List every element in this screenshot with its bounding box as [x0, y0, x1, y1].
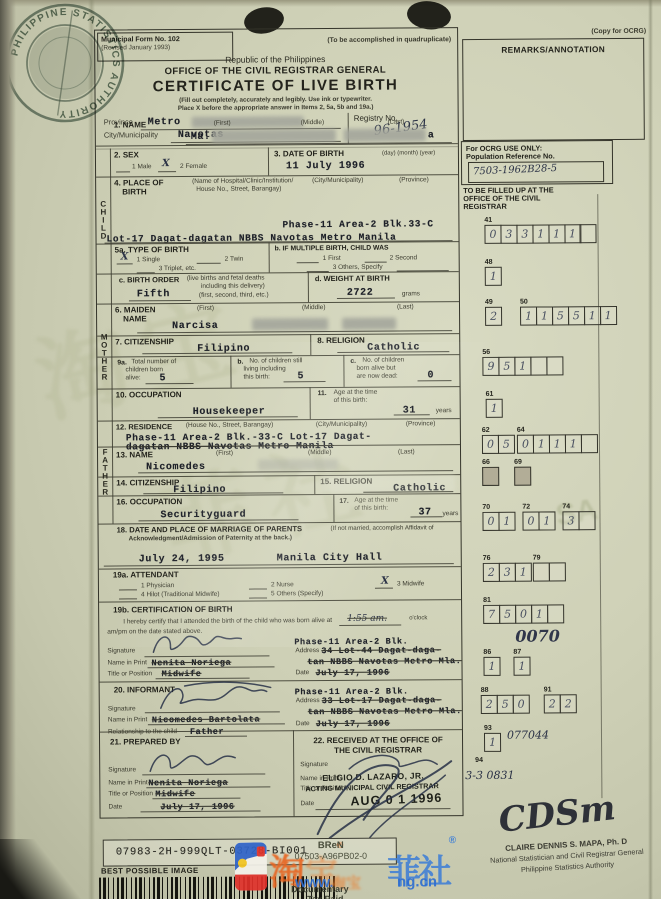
certifier-address-line2: 34 Lot-44 Dagat-daga- [321, 645, 441, 656]
rule-line [293, 730, 295, 816]
m-age-unit: years [436, 408, 452, 415]
tob-mark: X [121, 251, 129, 262]
field-m-religion-label: 8. RELIGION [317, 337, 365, 346]
address-label: Address [296, 698, 320, 705]
code-box [482, 467, 499, 486]
code-box: 3 [500, 225, 517, 244]
code-box: 1 [532, 224, 549, 243]
grid-label: 86 [483, 649, 499, 656]
code-box: 1 [484, 733, 501, 752]
dob-subs: (day) (month) (year) [382, 150, 435, 157]
tob-option-triplet: 3 Triplet, etc. [159, 266, 196, 273]
sidebar-grid-94: 94 [475, 757, 483, 765]
remarks-title: REMARKS/ANNOTATION [473, 45, 633, 55]
mult-option-second: 2 Second [390, 255, 418, 262]
f-citizenship-value: Filipino [173, 485, 226, 496]
grid-label: 50 [520, 298, 615, 306]
attendant-option-nurse: 2 Nurse [271, 582, 294, 589]
sidebar-grid-61: 611 [486, 391, 502, 418]
field-f-age-l1: Age at the time [354, 498, 398, 505]
grid-label: 61 [486, 391, 502, 398]
f-religion-value: Catholic [393, 483, 446, 494]
field-m-age-l2: of this birth: [334, 398, 368, 405]
grid-label: 94 [475, 757, 483, 764]
rule-line [137, 272, 155, 273]
sidebar-grid-86: 861 [483, 649, 499, 676]
name-in-print-label: Name in Print [108, 780, 147, 787]
code-box: 1 [564, 224, 581, 243]
marriage-date-value: July 24, 1995 [139, 554, 225, 566]
sidebar-grid-87: 871 [513, 649, 529, 676]
sidebar-grid-62: 6205 [482, 427, 514, 454]
sub-middle: (Middle) [302, 305, 326, 312]
sidebar-grid-48: 481 [485, 259, 501, 286]
code-box: 1 [485, 267, 502, 286]
pob-sub2: House No., Street, Barangay) [196, 186, 281, 193]
certification-date-value: July 17, 1996 [316, 668, 390, 679]
signature-scribble [149, 630, 244, 657]
code-box [546, 356, 563, 375]
field-f-name-label: 13. NAME [116, 451, 153, 460]
rule-line [119, 589, 137, 590]
code-box: 7 [483, 605, 500, 624]
field-m-age-l1: Age at the time [334, 390, 378, 397]
remarks-box: REMARKS/ANNOTATION [462, 38, 645, 141]
ocrg-use-box: For OCRG USE ONLY: Population Reference … [461, 140, 613, 185]
marriage-paren1: (If not married, accomplish Affidavit of [331, 525, 434, 532]
code-box: 1 [513, 657, 530, 676]
rule-line [146, 383, 194, 384]
maiden-name-value: Narcisa [172, 321, 218, 332]
republic-line: Republic of the Philippines [155, 55, 395, 66]
ocrg-sidebar: (Copy for OCRG) REMARKS/ANNOTATION For O… [456, 0, 661, 898]
grid-label: 70 [482, 504, 514, 511]
residence-sub1: (House No., Street, Barangay) [186, 422, 273, 429]
grid-label: 87 [513, 649, 529, 656]
code-box [547, 604, 564, 623]
rule-line [314, 475, 315, 494]
rule-line [410, 516, 442, 517]
rule-line [307, 271, 329, 272]
rule-line [185, 736, 247, 737]
field-mult-label: b. IF MULTIPLE BIRTH, CHILD WAS [275, 245, 389, 253]
field-f-occupation-label: 16. OCCUPATION [116, 498, 182, 507]
rule-line [148, 723, 285, 725]
code-box: 9 [482, 357, 499, 376]
rule-line [146, 786, 270, 788]
page-title: CERTIFICATE OF LIVE BIRTH [115, 77, 435, 95]
province-value: Metro [148, 117, 181, 128]
field-9c: c. [350, 358, 356, 365]
document-page: 淘宝 菲社 SA Municipal Form No. 102 (Revised… [0, 0, 661, 899]
field-9c-l1: No. of children [362, 357, 404, 364]
code-box: 1 [531, 604, 548, 623]
grid-label: 48 [485, 259, 501, 266]
marriage-place-value: Manila City Hall [277, 553, 383, 565]
rule-line [148, 666, 275, 668]
signature-label: Signature [108, 767, 136, 774]
grid-label: 74 [562, 503, 594, 510]
rule-line [269, 242, 270, 272]
rule-line [339, 625, 401, 626]
quadruplicate-note: (To be accomplished in quadruplicate) [263, 36, 451, 44]
province-redaction [192, 116, 304, 128]
rule-line [365, 262, 387, 263]
sidebar-grid-50: 50115511 [520, 298, 616, 326]
code-box [581, 434, 598, 453]
weight-unit: grams [402, 291, 420, 298]
sidebar-grid-49: 492 [485, 299, 501, 326]
f-name-redaction [258, 459, 338, 471]
rule-line [158, 416, 298, 418]
code-box [533, 562, 550, 581]
field-9b-l1: No. of children still [249, 358, 302, 365]
sub-middle: (Middle) [301, 120, 325, 127]
rule-line [152, 798, 240, 800]
field-9a-l2: children born [125, 367, 163, 374]
sub-last: (Last) [397, 304, 414, 311]
birth-time-value: 1:55 am. [347, 614, 387, 624]
sub-last: (Last) [388, 119, 405, 126]
code-box: 2 [544, 694, 561, 713]
field-attendant-label: 19a. ATTENDANT [113, 571, 179, 580]
code-box: 3 [562, 511, 579, 530]
code-box: 1 [486, 399, 503, 418]
informant-address-line2: 33 Lot-17 Dagat-daga- [322, 695, 442, 706]
grid-label: 69 [514, 459, 530, 466]
code-box: 2 [560, 694, 577, 713]
code-box: 5 [498, 357, 515, 376]
address-label: Address [295, 648, 319, 655]
code-box: 5 [568, 306, 585, 325]
sidebar-grid-66: 66 [482, 459, 498, 486]
code-box: 1 [548, 224, 565, 243]
field-9c-l2: born alive but [356, 366, 395, 373]
pob-sub4: (Province) [399, 177, 429, 184]
strip-father: FATHER [98, 449, 112, 497]
field-9c-l3: are now dead: [356, 374, 397, 381]
name-in-print-label: Name in Print [108, 717, 147, 724]
population-ref-box: 7503-1962B28-5 [468, 161, 604, 183]
order-sub3: (first, second, third, etc.) [199, 292, 269, 299]
sub-first: (First) [197, 306, 214, 313]
relationship-label: Relationship to the child [108, 729, 177, 736]
field-m-citizenship-label: 7. CITIZENSHIP [115, 338, 174, 347]
field-9b-l3: this birth: [243, 374, 269, 381]
field-pob-label2: BIRTH [122, 188, 147, 197]
certifier-address-line3: tan NBBS Navotas Metro Mla. [307, 656, 461, 667]
sidebar-grid-81: 817501 [483, 596, 563, 624]
attendant-option-physician: 1 Physician [141, 583, 174, 590]
code-box: 1 [514, 357, 531, 376]
child-name-redaction [344, 128, 426, 142]
rule-line [308, 272, 309, 302]
code-box: 5 [499, 605, 516, 624]
field-f-religion-label: 15. RELIGION [320, 478, 372, 487]
code-box [530, 356, 547, 375]
rule-line [129, 300, 191, 301]
field-certification-label: 19b. CERTIFICATION OF BIRTH [113, 606, 232, 615]
sidebar-grid-41: 41033111 [484, 216, 596, 244]
rule-line [138, 519, 298, 521]
field-weight-label: d. WEIGHT AT BIRTH [315, 275, 390, 283]
sidebar-grid-64: 640111 [517, 426, 597, 454]
field-9b-l2: living including [243, 366, 285, 373]
handwritten-0070: 0070 [515, 626, 560, 645]
code-box: 0 [482, 435, 499, 454]
name-in-print-label: Name in Print [107, 660, 146, 667]
code-box: 2 [481, 695, 498, 714]
grid-label: 79 [533, 554, 565, 561]
form-revised: (Revised January 1993) [101, 45, 170, 52]
city-label: City/Municipality [104, 131, 158, 139]
rule-line [141, 810, 261, 812]
code-box: 3 [499, 563, 516, 582]
field-f-age-l2: of this birth: [354, 506, 388, 513]
mult-option-first: 1 First [323, 256, 341, 263]
bren-label: BReN [291, 840, 371, 852]
certification-oclock: o'clock [409, 615, 427, 621]
grid-label: 66 [482, 459, 498, 466]
field-f-citizenship-label: 14. CITIZENSHIP [116, 479, 179, 488]
handwritten-93-note: 077044 [507, 728, 549, 741]
sex-option-male: 1 Male [132, 164, 152, 171]
signature-label: Signature [108, 706, 136, 713]
rule-line [117, 263, 133, 264]
child-name-redaction [212, 129, 336, 143]
sidebar-grid-70: 7001 [482, 504, 514, 531]
rule-line [119, 598, 137, 599]
rule-line [310, 387, 311, 419]
attendant-mark: X [381, 576, 389, 587]
date-label: Date [108, 804, 122, 811]
field-9a-l3: alive: [125, 375, 140, 382]
code-box: 1 [533, 434, 550, 453]
grid-label: 88 [481, 687, 529, 694]
sidebar-grid-79: 79 [533, 554, 565, 581]
code-box: 2 [483, 563, 500, 582]
bren-number: 07503-A96PB02-0 [273, 851, 389, 862]
rule-line [337, 298, 395, 299]
grid-label: 56 [482, 348, 562, 356]
mult-option-others: 3 Others, Specify [333, 265, 383, 272]
code-box: 0 [513, 695, 530, 714]
copy-for-note: (Copy for OCRG) [511, 28, 646, 36]
watermark-url-suffix: ng.cn [397, 873, 437, 890]
sub-first: (First) [216, 451, 233, 458]
code-box [549, 562, 566, 581]
pob-sub3: (City/Municipality) [312, 178, 363, 185]
field-received-label1: 22. RECEIVED AT THE OFFICE OF [298, 736, 458, 746]
grid-label: 62 [482, 427, 514, 434]
code-box: 1 [584, 306, 601, 325]
order-value: Fifth [137, 289, 170, 300]
maiden-redaction [342, 318, 396, 330]
sex-mark: X [162, 158, 170, 169]
rule-line [418, 380, 452, 381]
sidebar-grid-88: 88250 [481, 687, 529, 714]
code-box: 5 [497, 695, 514, 714]
title-position-label: Title or Position [108, 671, 153, 678]
rule-line [230, 356, 231, 388]
code-box: 1 [515, 563, 532, 582]
field-m-age: 11. [318, 390, 327, 397]
attendant-option-hilot: 4 Hilot (Traditional Midwife) [141, 592, 220, 599]
sidebar-grid-56: 56951 [482, 348, 562, 376]
grid-label: 81 [483, 596, 563, 604]
handwritten-94-note: 3-3 0831 [465, 769, 514, 782]
field-f-age: 17. [339, 498, 349, 505]
maiden-redaction [252, 318, 328, 331]
grid-label: 41 [484, 216, 595, 224]
population-ref-value: 7503-1962B28-5 [473, 163, 557, 178]
rule-line [310, 334, 311, 355]
sub-middle: (Middle) [308, 450, 332, 457]
sidebar-grid-69: 69 [514, 459, 530, 486]
attendant-option-midwife: 3 Midwife [397, 581, 425, 588]
rule-line [0, 839, 85, 899]
code-box: 1 [498, 512, 515, 531]
code-box: 2 [485, 307, 502, 326]
code-box: 0 [482, 512, 499, 531]
signature-label: Signature [107, 648, 135, 655]
dob-value: 11 July 1996 [286, 161, 365, 173]
signature-scribble [155, 679, 273, 712]
sub-last: (Last) [398, 449, 415, 456]
office-line: OFFICE OF THE CIVIL REGISTRAR GENERAL [135, 65, 415, 77]
rule-line [394, 414, 430, 415]
code-box: 1 [600, 306, 617, 325]
rule-line [284, 381, 326, 382]
informant-date-value: July 17, 1996 [316, 719, 390, 730]
grid-label: 91 [544, 686, 576, 693]
informant-address-line3: tan NBBS Navotas Metro Mla. [308, 706, 462, 717]
code-box: 1 [538, 511, 555, 530]
code-box: 1 [549, 434, 566, 453]
rule-line [597, 194, 602, 798]
code-box: 0 [484, 225, 501, 244]
code-box: 3 [516, 225, 533, 244]
grid-label: 76 [483, 555, 531, 562]
field-dob-label: 3. DATE OF BIRTH [274, 150, 344, 159]
tob-option-twin: 2 Twin [225, 257, 244, 264]
rule-line [197, 263, 221, 264]
field-marriage-label: 18. DATE AND PLACE OF MARRIAGE OF PARENT… [117, 525, 303, 534]
code-box [514, 467, 531, 486]
field-residence-label: 12. RESIDENCE [116, 423, 172, 431]
code-box [578, 511, 595, 530]
sidebar-grid-74: 743 [562, 503, 594, 530]
sidebar-grid-76: 76231 [483, 555, 531, 582]
rule-line [249, 588, 267, 589]
f-age-unit: years [442, 511, 458, 518]
rule-line [249, 597, 267, 598]
code-box: 5 [552, 306, 569, 325]
documentary-line: Documentary [291, 884, 349, 894]
grid-label: 49 [485, 299, 501, 306]
sidebar-grid-93: 931 [484, 725, 500, 752]
rule-line [297, 262, 319, 263]
code-box: 1 [565, 434, 582, 453]
sub-first: (First) [214, 121, 231, 128]
rule-line [116, 171, 130, 172]
tax-paid-line: Tax Paid [307, 894, 343, 899]
rule-line [158, 171, 176, 172]
logo-char-4: 社 [418, 844, 452, 893]
sidebar-grid-91: 9122 [544, 686, 576, 713]
birth-certificate-form: Municipal Form No. 102 (Revised January … [94, 27, 463, 819]
fill-up-line3: REGISTRAR [463, 203, 507, 211]
sex-option-female: 2 Female [180, 164, 207, 171]
grid-label: 72 [522, 503, 554, 510]
field-m-occupation-label: 10. OCCUPATION [116, 391, 182, 400]
best-possible-image-label: BEST POSSIBLE IMAGE [101, 867, 199, 876]
field-order-label: c. BIRTH ORDER [119, 276, 179, 284]
field-9a-l1: Total number of [131, 359, 176, 366]
code-box: 1 [483, 657, 500, 676]
code-box: 1 [536, 306, 553, 325]
ocrg-only-line2: Population Reference No. [466, 152, 555, 160]
code-box: 0 [517, 435, 534, 454]
rule-line [0, 0, 16, 899]
instructions-2: Place X before the appropriate answer in… [126, 104, 426, 113]
field-prepared-label: 21. PREPARED BY [110, 738, 181, 747]
code-box: 1 [520, 307, 537, 326]
field-name-label: 1. NAME [114, 121, 147, 130]
code-box: 0 [515, 605, 532, 624]
code-box: 0 [522, 512, 539, 531]
strip-mother: MOTHER [97, 334, 111, 382]
date-label: Date [296, 721, 310, 728]
rule-line [99, 599, 461, 603]
code-box: 5 [498, 435, 515, 454]
marriage-paren2: Acknowledgment/Admission of Paternity at… [129, 535, 292, 543]
rule-line [145, 711, 280, 713]
date-label: Date [296, 670, 310, 677]
title-position-label: Title or Position [108, 791, 153, 798]
rule-line [375, 588, 393, 589]
child-name-prefix: Ma. [191, 132, 211, 143]
grid-label: 93 [484, 725, 500, 732]
child-name-suffix: a [428, 130, 435, 141]
field-maiden-label2: NAME [123, 315, 147, 324]
sidebar-grid-72: 7201 [522, 503, 554, 530]
residence-sub2: (City/Municipality) [316, 422, 367, 429]
certification-text1: I hereby certify that I attended the bir… [123, 618, 332, 626]
signature-scribble-large [305, 753, 456, 839]
code-box [580, 224, 597, 243]
rule-line [268, 147, 269, 175]
rule-line [333, 494, 334, 522]
field-sex-label: 2. SEX [114, 151, 139, 160]
signature-scribble [145, 748, 245, 777]
order-sub2: including this delivery) [201, 283, 265, 290]
rule-line [343, 355, 344, 387]
grid-label: 64 [517, 426, 597, 434]
tob-option-single: 1 Single [137, 257, 161, 264]
form-number: Municipal Form No. 102 [101, 36, 180, 44]
attendant-option-others: 5 Others (Specify) [271, 591, 323, 598]
residence-sub3: (Province) [406, 421, 436, 428]
pob-line1: Phase-11 Area-2 Blk.33-C [282, 218, 433, 230]
